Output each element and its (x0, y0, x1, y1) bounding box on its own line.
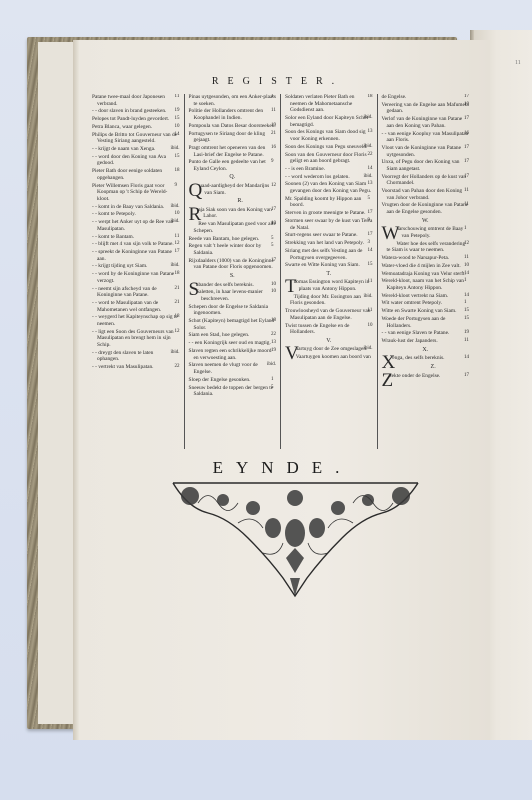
index-entry: 13- - een Koningrijk seer oud en magtig. (189, 340, 277, 347)
entry-text: - - door slaven in brand gesteeken. (92, 108, 166, 114)
index-entry: 3Strekking van het land van Petepoly. (285, 240, 373, 247)
index-entry: 21Portugysen te Siriang door de kling ge… (189, 131, 277, 144)
index-entry: Q12uaad-aardigheyd der Mandarijns van Si… (189, 183, 277, 196)
index-entry: ibid.Slaven neemen de vlugt voor de Enge… (189, 362, 277, 375)
entry-text: Schepen door de Engelse te Saldania inge… (189, 304, 269, 317)
index-entry: 13Soonen (2) van den Koning van Siam gev… (285, 181, 373, 194)
index-entry: ibid.- - krijgt tijding uyt Siam. (92, 263, 180, 270)
entry-text: Pompoula van Datos Besar doorsteeken. (189, 123, 276, 129)
register-column: 11Patane twee-maal door Japonesen verbra… (88, 94, 185, 449)
index-entry: T11homas Essington word Kapiteyn in plaa… (285, 279, 373, 292)
index-entry: 22- - vertrekt van Masulipatan. (92, 364, 180, 371)
entry-text: - - word te Masulipatan van de Mahometan… (92, 300, 161, 313)
index-entry: 17Vloot van de Koninginne van Patane uyt… (382, 145, 470, 158)
entry-text: Wit water omtrent Petepoly. (382, 300, 443, 306)
section-letter: S. (189, 273, 277, 280)
entry-text: - - neemt sijn afscheyd van de Koninginn… (92, 286, 157, 299)
register-column: 17de Engelse. 10Vereering van de Engelse… (378, 94, 474, 449)
entry-text: Regen valt 't heele winter door by Salda… (189, 243, 262, 256)
index-entry: Schepen door de Engelse te Saldania inge… (189, 304, 277, 317)
entry-text: Pelopes tot Pandt-luyden gevordert. (92, 116, 169, 122)
entry-text: Sterven in groote meenigte te Patane. (285, 210, 366, 216)
index-entry: Vaartuygen koomen aan boord van (285, 354, 373, 361)
entry-text: Mr. Spalding koomt by Hippon aan boord. (285, 196, 361, 209)
index-entry: 15Woede der Portugysen aan de Hollanders… (382, 316, 470, 329)
index-entry: 10Vereering van de Engelse aan Mafumela … (382, 102, 470, 115)
index-entry: ibid.- - krijgt de naam van Xenga. (92, 146, 180, 153)
index-entry: 19- - door slaven in brand gesteeken. (92, 108, 180, 115)
entry-text: Soldaten verlaten Pieter Bath en neemen … (285, 94, 354, 113)
entry-page-ref: ibid. (175, 204, 179, 211)
index-entry: ibid.- - werpt het Anker uyt op de Ree v… (92, 219, 180, 232)
index-entry: 13Soon des Konings van Siam dood sig voo… (285, 129, 373, 142)
entry-text: - - spreekt de Koninginne van Patane aan… (92, 249, 172, 262)
entry-text: Vloot van de Koninginne van Patane uytge… (382, 145, 462, 158)
index-entry: ibid.- - dreygt den slaven te laten opha… (92, 350, 180, 363)
index-entry: 10- - komt te Petepoly. (92, 211, 180, 218)
index-entry: 11- - komt te Bantam. (92, 234, 180, 241)
index-entry: 22Siam een Stad, hoe gelegen. (189, 332, 277, 339)
end-title: EYNDE. (150, 458, 415, 478)
entry-text: Patane twee-maal door Japonesen verbrand… (92, 94, 165, 107)
entry-text: abander des selfs bereknis. (196, 282, 254, 288)
entry-text: Wemoatadraja Koning van Velur sterft. (382, 271, 466, 277)
entry-text: - - krijgt de naam van Xenga. (92, 146, 155, 152)
entry-page-ref: ibid. (368, 115, 372, 122)
page-fold (73, 40, 79, 740)
index-entry: 9Punto de Galle een gedeelte van het Eyl… (189, 159, 277, 172)
index-entry: 17Unxa, of Pegu door den Koning van Siam… (382, 159, 470, 172)
index-entry: 11Vrugten door de Koninginne van Patane … (382, 202, 470, 215)
entry-text: Woede der Portugysen aan de Hollanders. (382, 316, 446, 329)
index-entry: 22Soon van den Gouverneur door Floris ge… (285, 152, 373, 165)
entry-text: Strekking van het land van Petepoly. (285, 240, 364, 246)
entry-text: Vrugten door de Koninginne van Patane aa… (382, 202, 469, 215)
entry-text: Reede van Bantam, hoe gelegen. (189, 236, 260, 242)
index-entry: 15Pelopes tot Pandt-luyden gevordert. (92, 116, 180, 123)
index-entry: 14Wemoatadraja Koning van Velur sterft. (382, 271, 470, 278)
index-entry: ibid.Soon des Konings van Pegu sneuveld. (285, 144, 373, 151)
index-entry: 16- - van eenige Koopluy van Masulipatan… (382, 131, 470, 144)
index-entry: 11Wrauk-lust der Japanders. (382, 338, 470, 345)
index-entry: S10abander des selfs bereknis. (189, 282, 277, 289)
index-entry: 5Reede van Bantam, hoe gelegen. (189, 236, 277, 243)
entry-text: Sloep der Engelse gesonken. (189, 377, 251, 383)
entry-page-ref: ibid. (175, 146, 179, 153)
page-title: REGISTER. (85, 76, 470, 87)
entry-text: Siam een Stad, hoe gelegen. (189, 332, 250, 338)
index-entry: 1Pinas uytgesonden, om een Anker-plaats … (189, 94, 277, 107)
entry-page-ref: ibid. (175, 263, 179, 270)
index-entry: 18Soldaten verlaten Pieter Bath en neeme… (285, 94, 373, 114)
entry-page-ref: ibid. (368, 346, 372, 353)
entry-page-ref: ibid. (368, 174, 372, 181)
index-entry: 11Politie der Hollanders omtrent den Koo… (189, 108, 277, 121)
entry-page-ref: ibid. (272, 362, 276, 369)
entry-page-ref: ibid. (368, 294, 372, 301)
index-entry: 14Siriang met des selfs Vesting aan de P… (285, 248, 373, 261)
entry-text: Swarte en Witte Koning van Siam. (285, 262, 360, 268)
entry-text: Vereering van de Engelse aan Mafumela ge… (382, 102, 469, 115)
entry-text: Wrauk-lust der Japanders. (382, 338, 438, 344)
entry-text: Water hoe des selfs verandering te Siam … (387, 241, 466, 254)
index-entry: 10Ree van Masulipatan goed voor alle Sch… (189, 221, 277, 234)
index-entry: 11Watera-wood te Narsapur-Peta. (382, 255, 470, 262)
entry-text: - - werpt het Anker uyt op de Ree van Ma… (92, 219, 173, 232)
index-entry: 15Swarte en Witte Koning van Siam. (285, 262, 373, 269)
index-entry: 12- - blijft met 4 van sijn volk te Pata… (92, 241, 180, 248)
index-entry: 9Stormen seer swaar by de kust van Terra… (285, 218, 373, 231)
entry-text: - - vertrekt van Masulipatan. (92, 364, 154, 370)
index-entry: R17aja Siak soon van den Koning van Laho… (189, 207, 277, 220)
entry-page-ref: ibid. (368, 144, 372, 151)
entry-text: - - ligt een Soon des Gouverneurs van Ma… (92, 329, 174, 348)
index-entry: 1Wereld-kloot, naam van het Schip van Ka… (382, 278, 470, 291)
entry-text: Sneeuw bedekt de toppen der bergen te Sa… (189, 385, 274, 398)
entry-text: Rijxdaalders (1000) van de Koninginne va… (189, 258, 274, 271)
entry-text: Water-vloed die 4 mijlen in Zee valt. (382, 263, 461, 269)
entry-text: - - van eenige Koopluy van Masulipatan a… (382, 131, 469, 144)
index-entry: 19- - van eenige Slaven te Patane. (382, 330, 470, 337)
index-entry: 14Wereld-kloot vertrekt na Siam. (382, 293, 470, 300)
entry-text: - - is een Bramine. (285, 166, 325, 172)
index-entry: 11Voorstad van Pahan door den Koning van… (382, 188, 470, 201)
index-entry: 17Voorregt der Hollanders op de kust van… (382, 174, 470, 187)
index-entry: 18Pieter Bath door eenige soldaten opgeh… (92, 168, 180, 181)
index-entry: 10Water-vloed die 4 mijlen in Zee valt. (382, 263, 470, 270)
entry-text: Twist tussen de Engelse en de Hollanders… (285, 323, 349, 336)
index-entry: 17Verlof van de Koninginne van Patane aa… (382, 116, 470, 129)
entry-text: Soon des Konings van Siam dood sig voor … (285, 129, 366, 142)
register-column: 18Soldaten verlaten Pieter Bath en neeme… (281, 94, 378, 449)
entry-text: - - blijft met 4 van sijn volk te Patane… (92, 241, 174, 247)
entry-text: aartuyg door de Zee omgeslagen. (296, 346, 368, 352)
entry-text: Pragt omtrent het openeren van den Lasi-… (189, 145, 266, 158)
index-entry: 19Pompoula van Datos Besar doorsteeken. (189, 123, 277, 130)
entry-text: Witte en Swarte Koning van Siam. (382, 308, 457, 314)
index-entry: 14- - is een Bramine. (285, 166, 373, 173)
index-entry: ibid.Tijding door Mr. Essington aan Flor… (285, 294, 373, 307)
index-entry: 12- - ligt een Soon des Gouverneurs van … (92, 329, 180, 349)
index-entry: 11Trouwloosheyd van de Gouverneur van Ma… (285, 308, 373, 321)
entry-text: Pinas uytgesonden, om een Anker-plaats t… (189, 94, 276, 107)
index-entry: 5Sneeuw bedekt de toppen der bergen te S… (189, 385, 277, 398)
entry-text: - - een Koningrijk seer oud en magtig. (189, 340, 271, 346)
index-entry: ibid.- - word wederom los gelaten. (285, 174, 373, 181)
entry-text: Voorstad van Pahan door den Koning van J… (382, 188, 463, 201)
entry-text: - - krijgt tijding uyt Siam. (92, 263, 147, 269)
entry-text: Sturt-regens seer swaar te Patane. (285, 232, 358, 238)
entry-text: iekte onder de Engelse. (390, 373, 440, 379)
entry-text: Watera-wood te Narsapur-Peta. (382, 255, 450, 261)
entry-text: aja Siak soon van den Koning van Lahor. (198, 207, 272, 220)
entry-text: Verlof van de Koninginne van Patane aan … (382, 116, 463, 129)
register-column: 1Pinas uytgesonden, om een Anker-plaats … (185, 94, 282, 449)
index-entry: 14Philips de Britto tot Gouverneur van d… (92, 132, 180, 145)
entry-text: Wereld-kloot, naam van het Schip van Kap… (382, 278, 465, 291)
entry-text: Tijding door Mr. Essington aan Floris ge… (290, 294, 361, 307)
entry-text: Siriang met des selfs Vesting aan de Por… (285, 248, 362, 261)
entry-text: Punto de Galle een gedeelte van het Eyla… (189, 159, 266, 172)
index-entry: 5Mr. Spalding koomt by Hippon aan boord. (285, 196, 373, 209)
entry-text: Solor een Eyland door Kapiteyn Schot bem… (285, 115, 368, 128)
entry-text: Slaven regten een schrikkelijke moord en… (189, 348, 272, 361)
index-entry: W1aarschouwing omtrent de Baay van Petep… (382, 226, 470, 239)
index-entry: 18- - word by de Koninginne van Patane v… (92, 271, 180, 284)
entry-text: - - word wederom los gelaten. (285, 174, 350, 180)
entry-page-ref: ibid. (175, 350, 179, 357)
entry-text: Soonen (2) van den Koning van Siam gevan… (285, 181, 371, 194)
entry-text: Schot (Kapiteyn) bemagtigd het Eyland So… (189, 318, 275, 331)
index-entry: 15Witte en Swarte Koning van Siam. (382, 308, 470, 315)
tailpiece-ornament-icon (168, 478, 423, 598)
entry-text: aarschouwing omtrent de Baay van Petepol… (396, 226, 463, 239)
index-entry: 21- - word te Masulipatan van de Mahomet… (92, 300, 180, 313)
index-entry: 18Schot (Kapiteyn) bemagtigd het Eyland … (189, 318, 277, 331)
entry-text: - - word door den Koning van Ava gedood. (92, 154, 166, 167)
entry-text: - - van eenige Slaven te Patane. (382, 330, 450, 336)
index-entry: 17- - spreekt de Koninginne van Patane a… (92, 249, 180, 262)
entry-text: Trouwloosheyd van de Gouverneur van Masu… (285, 308, 370, 321)
entry-text: - - komt te Petepoly. (92, 211, 136, 217)
index-entry: Z17iekte onder de Engelse. (382, 373, 470, 380)
entry-text: Portugysen te Siriang door de kling geja… (189, 131, 266, 144)
entry-text: Unxa, of Pegu door den Koning van Siam a… (382, 159, 460, 172)
entry-text: - - word by de Koninginne van Patane ver… (92, 271, 174, 284)
index-entry: 17Rijxdaalders (1000) van de Koninginne … (189, 258, 277, 271)
entry-text: Stormen seer swaar by de kust van Terra … (285, 218, 372, 231)
index-entry: Vibid.aartuyg door de Zee omgeslagen. (285, 346, 373, 353)
entry-text: Slaven neemen de vlugt voor de Engelse. (189, 362, 258, 375)
entry-text: Wereld-kloot vertrekt na Siam. (382, 293, 449, 299)
entry-text: Voorregt der Hollanders op de kust van C… (382, 174, 467, 187)
index-entry: ibid.Solor een Eyland door Kapiteyn Scho… (285, 115, 373, 128)
index-entry: 21- - neemt sijn afscheyd van de Koningi… (92, 286, 180, 299)
entry-page-ref: ibid. (175, 219, 179, 226)
index-entry: 1Sloep der Engelse gesonken. (189, 377, 277, 384)
entry-text: Politie der Hollanders omtrent den Kooph… (189, 108, 264, 121)
entry-text: Ree van Masulipatan goed voor alle Schep… (194, 221, 276, 234)
index-entry: 16Pragt omtrent het openeren van den Las… (189, 145, 277, 158)
entry-text: homas Essington word Kapiteyn in plaats … (294, 279, 370, 292)
register-columns: 11Patane twee-maal door Japonesen verbra… (88, 94, 473, 449)
page-number: 11 (515, 60, 521, 66)
entry-text: Soon van den Gouverneur door Floris geli… (285, 152, 367, 165)
index-entry: 19Slaven regten een schrikkelijke moord … (189, 348, 277, 361)
entry-text: Vaartuygen koomen aan boord van (296, 354, 371, 360)
entry-text: - - komt in de Baay van Saldania. (92, 204, 164, 210)
entry-text: enga, des selfs bereknis. (392, 355, 444, 361)
entry-text: uaad-aardigheyd der Mandarijns van Siam. (199, 183, 269, 196)
entry-text: Soon des Konings van Pegu sneuveld. (285, 144, 367, 150)
entry-text: - - dreygt den slaven te laten ophangen. (92, 350, 153, 363)
entry-text: Saletten, in haar levens-manier beschree… (196, 289, 263, 302)
entry-text: Pieter Bath door eenige soldaten opgehan… (92, 168, 162, 181)
entry-text: Philips de Britto tot Gouverneur van de … (92, 132, 177, 145)
entry-text: - - weygerd het Kapiteynschap op sig te … (92, 314, 178, 327)
entry-text: de Engelse. (382, 94, 407, 100)
section-letter: T. (285, 271, 373, 278)
index-entry: 10Petra Blanca, waar gelegen. (92, 124, 180, 131)
index-entry: 11Patane twee-maal door Japonesen verbra… (92, 94, 180, 107)
index-entry: 5Regen valt 't heele winter door by Sald… (189, 243, 277, 256)
index-entry: 17Sterven in groote meenigte te Patane. (285, 210, 373, 217)
entry-text: - - komt te Bantam. (92, 234, 134, 240)
index-entry: 18- - weygerd het Kapiteynschap op sig t… (92, 314, 180, 327)
entry-text: Petra Blanca, waar gelegen. (92, 124, 152, 130)
index-entry: ibid.- - komt in de Baay van Saldania. (92, 204, 180, 211)
entry-text: Pieter Willemsen Floris gaat voor Koopma… (92, 183, 167, 202)
index-entry: 17Sturt-regens seer swaar te Patane. (285, 232, 373, 239)
index-entry: 17de Engelse. (382, 94, 470, 101)
index-entry: X14enga, des selfs bereknis. (382, 355, 470, 362)
index-entry: 15- - word door den Koning van Ava gedoo… (92, 154, 180, 167)
index-entry: 10Saletten, in haar levens-manier beschr… (189, 289, 277, 302)
index-entry: 9Pieter Willemsen Floris gaat voor Koopm… (92, 183, 180, 203)
index-entry: 1Wit water omtrent Petepoly. (382, 300, 470, 307)
index-entry: 10Twist tussen de Engelse en de Hollande… (285, 323, 373, 336)
